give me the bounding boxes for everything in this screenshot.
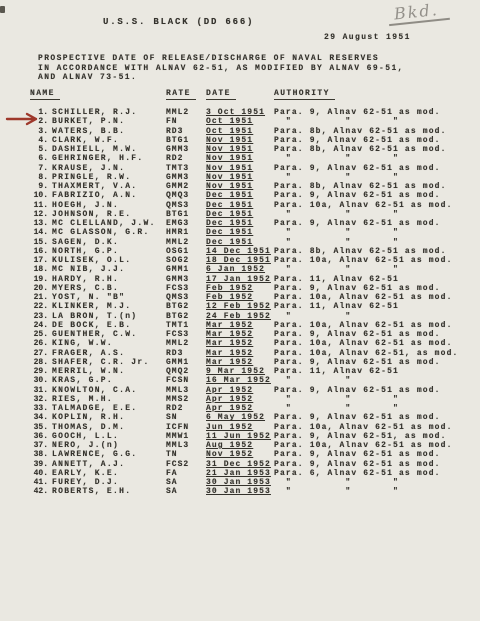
table-row: 39.ANNETT, A.J.FCS231 Dec 1952Para. 9, A… [30, 460, 466, 469]
row-name: NERO, J.(n) [52, 441, 166, 450]
row-number: 29. [30, 367, 52, 376]
row-date: 17 Jan 1952 [206, 275, 274, 284]
row-date: Dec 1951 [206, 191, 274, 200]
row-date: Mar 1952 [206, 330, 274, 339]
row-number: 15. [30, 238, 52, 247]
row-number: 37. [30, 441, 52, 450]
row-date: Nov 1951 [206, 182, 274, 191]
row-authority: Para. 9, Alnav 62-51 as mod. [274, 164, 466, 173]
table-row: 41.FUREY, D.J.SA30 Jan 1953 " " " [30, 478, 466, 487]
row-name: DASHIELL, M.W. [52, 145, 166, 154]
row-authority: " " [274, 312, 466, 321]
row-number: 25. [30, 330, 52, 339]
row-name: ROBERTS, E.H. [52, 487, 166, 496]
row-authority: Para. 10a, Alnav 62-51 as mod. [274, 321, 466, 330]
row-date: Dec 1951 [206, 201, 274, 210]
row-name: DE BOCK, E.B. [52, 321, 166, 330]
table-row: 24.DE BOCK, E.B.TMT1Mar 1952Para. 10a, A… [30, 321, 466, 330]
subject-line-3: AND ALNAV 73-51. [38, 73, 404, 83]
row-name: MERRIL, W.N. [52, 367, 166, 376]
row-authority: Para. 9, Alnav 62-51 as mod. [274, 358, 466, 367]
row-name: MYERS, C.B. [52, 284, 166, 293]
row-name: KRAUSE, J.N. [52, 164, 166, 173]
table-row: 20.MYERS, C.B.FCS3Feb 1952Para. 9, Alnav… [30, 284, 466, 293]
row-number: 18. [30, 265, 52, 274]
row-rate: MML3 [166, 386, 206, 395]
row-name: PRINGLE, R.W. [52, 173, 166, 182]
row-authority: Para. 9, Alnav 62-51 as mod. [274, 136, 466, 145]
table-row: 26.KING, W.W.MML2Mar 1952Para. 10a, Alna… [30, 339, 466, 348]
row-name: SHAFER, C.R. Jr. [52, 358, 166, 367]
row-date: Dec 1951 [206, 238, 274, 247]
row-name: FUREY, D.J. [52, 478, 166, 487]
row-rate: RD3 [166, 127, 206, 136]
row-authority: Para. 10a, Alnav 62-51 as mod. [274, 201, 466, 210]
row-authority: Para. 10a, Alnav 62-51, as mod. [274, 349, 466, 358]
row-name: ANNETT, A.J. [52, 460, 166, 469]
subject-line-1: PROSPECTIVE DATE OF RELEASE/DISCHARGE OF… [38, 54, 404, 64]
row-name: YOST, N. "B" [52, 293, 166, 302]
row-authority: " " " [274, 478, 466, 487]
row-number: 5. [30, 145, 52, 154]
table-row: 9.THAXMERT, V.A.GMM2Nov 1951Para. 8b, Al… [30, 182, 466, 191]
row-name: THOMAS, D.M. [52, 423, 166, 432]
row-name: MC NIB, J.J. [52, 265, 166, 274]
row-rate: RD2 [166, 404, 206, 413]
row-authority: Para. 10a, Alnav 62-51 as mod. [274, 293, 466, 302]
row-rate: GMM1 [166, 358, 206, 367]
row-authority: " " " [274, 404, 466, 413]
row-name: JOHNSON, R.E. [52, 210, 166, 219]
table-row: 37.NERO, J.(n)MML3Aug 1952Para. 10a, Aln… [30, 441, 466, 450]
row-rate: MMW1 [166, 432, 206, 441]
table-row: 22.KLINKER, M.J.BTG212 Feb 1952Para. 11,… [30, 302, 466, 311]
row-authority: " " " [274, 154, 466, 163]
row-number: 19. [30, 275, 52, 284]
row-rate: GMM2 [166, 182, 206, 191]
row-number: 32. [30, 395, 52, 404]
row-rate: GMM3 [166, 145, 206, 154]
table-row: 15.SAGEN, D.K.MML2Dec 1951 " " " [30, 238, 466, 247]
column-header-date: DATE [206, 89, 236, 100]
table-row: 19.HARDY, R.H.GMM317 Jan 1952Para. 11, A… [30, 275, 466, 284]
row-rate: BTG1 [166, 210, 206, 219]
row-number: 33. [30, 404, 52, 413]
row-rate: BTG2 [166, 302, 206, 311]
row-authority: " " " [274, 210, 466, 219]
row-number: 27. [30, 349, 52, 358]
row-rate: FCSN [166, 376, 206, 385]
row-number: 34. [30, 413, 52, 422]
roster-table-body: 1.SCHILLER, R.J.MML23 Oct 1951Para. 9, A… [30, 108, 466, 497]
row-authority: Para. 9, Alnav 62-51, as mod. [274, 432, 466, 441]
table-row: 4.CLARK, W.F.BTG1Nov 1951Para. 9, Alnav … [30, 136, 466, 145]
row-authority: Para. 9, Alnav 62-51 as mod. [274, 460, 466, 469]
document-title: U.S.S. BLACK (DD 666) [103, 17, 254, 27]
row-authority: Para. 10a, Alnav 62-51 as mod. [274, 423, 466, 432]
table-row: 16.NORTH, G.P.OSG114 Dec 1951Para. 8b, A… [30, 247, 466, 256]
table-row: 18.MC NIB, J.J.GMM16 Jan 1952 " " " [30, 265, 466, 274]
table-row: 21.YOST, N. "B"QMS3Feb 1952Para. 10a, Al… [30, 293, 466, 302]
table-row: 6.GEHRINGER, H.F.RD2Nov 1951 " " " [30, 154, 466, 163]
row-rate: GMM1 [166, 265, 206, 274]
row-number: 21. [30, 293, 52, 302]
row-rate: TN [166, 450, 206, 459]
row-number: 42. [30, 487, 52, 496]
row-date: Mar 1952 [206, 349, 274, 358]
row-date: Dec 1951 [206, 228, 274, 237]
table-row: 30.KRAS, G.P.FCSN16 Mar 1952 " " [30, 376, 466, 385]
row-authority: Para. 8b, Alnav 62-51 as mod. [274, 127, 466, 136]
row-date: Dec 1951 [206, 210, 274, 219]
row-rate: MML2 [166, 339, 206, 348]
table-row: 3.WATERS, B.B.RD3Oct 1951Para. 8b, Alnav… [30, 127, 466, 136]
row-authority: Para. 10a, Alnav 62-51 as mod. [274, 339, 466, 348]
column-header-authority: AUTHORITY [274, 89, 335, 100]
row-number: 35. [30, 423, 52, 432]
row-rate: GMM3 [166, 173, 206, 182]
row-rate: QMQ2 [166, 367, 206, 376]
scan-artifact-speck [0, 6, 5, 13]
row-name: GUENTHER, C.W. [52, 330, 166, 339]
row-authority: Para. 11, Alnav 62-51 [274, 302, 466, 311]
row-number: 20. [30, 284, 52, 293]
row-date: Feb 1952 [206, 284, 274, 293]
subject-paragraph: PROSPECTIVE DATE OF RELEASE/DISCHARGE OF… [38, 54, 404, 83]
row-date: 3 Oct 1951 [206, 108, 274, 117]
row-rate: FCS2 [166, 460, 206, 469]
row-authority: Para. 8b, Alnav 62-51 as mod. [274, 145, 466, 154]
row-authority: Para. 9, Alnav 62-51 as mod. [274, 108, 466, 117]
table-row: 11.HOEGH, J.N.QMS3Dec 1951Para. 10a, Aln… [30, 201, 466, 210]
row-authority: " " " [274, 265, 466, 274]
row-authority: Para. 8b, Alnav 62-51 as mod. [274, 247, 466, 256]
row-date: Oct 1951 [206, 117, 274, 126]
table-row: 29.MERRIL, W.N.QMQ29 Mar 1952Para. 11, A… [30, 367, 466, 376]
table-row: 7.KRAUSE, J.N.TMT3Nov 1951Para. 9, Alnav… [30, 164, 466, 173]
subject-line-2: IN ACCORDANCE WITH ALNAV 62-51, AS MODIF… [38, 64, 404, 74]
row-date: Nov 1951 [206, 173, 274, 182]
row-rate: SOG2 [166, 256, 206, 265]
row-date: 9 Mar 1952 [206, 367, 274, 376]
row-authority: " " " [274, 228, 466, 237]
row-date: Dec 1951 [206, 219, 274, 228]
row-name: FABRIZIO, A.N. [52, 191, 166, 200]
row-number: 12. [30, 210, 52, 219]
row-authority: Para. 9, Alnav 62-51 as mod. [274, 413, 466, 422]
row-date: Nov 1951 [206, 154, 274, 163]
row-date: Nov 1951 [206, 136, 274, 145]
row-rate: SA [166, 487, 206, 496]
row-name: WATERS, B.B. [52, 127, 166, 136]
row-name: MC GLASSON, G.R. [52, 228, 166, 237]
row-name: EARLY, K.E. [52, 469, 166, 478]
scanned-document-page: Bkd. U.S.S. BLACK (DD 666) 29 August 195… [0, 0, 480, 621]
row-number: 14. [30, 228, 52, 237]
row-name: KLINKER, M.J. [52, 302, 166, 311]
row-authority: " " " [274, 173, 466, 182]
row-authority: " " " [274, 395, 466, 404]
row-rate: MMS2 [166, 395, 206, 404]
handwritten-pencil-annotation: Bkd. [387, 0, 450, 26]
row-name: SCHILLER, R.J. [52, 108, 166, 117]
row-number: 30. [30, 376, 52, 385]
row-date: Jun 1952 [206, 423, 274, 432]
row-date: 21 Jan 1953 [206, 469, 274, 478]
row-rate: FN [166, 117, 206, 126]
row-authority: " " [274, 376, 466, 385]
row-name: CLARK, W.F. [52, 136, 166, 145]
row-name: MC CLELLAND, J.W. [52, 219, 166, 228]
row-date: 6 May 1952 [206, 413, 274, 422]
row-authority: Para. 10a, Alnav 62-51 as mod. [274, 441, 466, 450]
row-rate: BTG2 [166, 312, 206, 321]
table-row: 33.TALMADGE, E.E.RD2Apr 1952 " " " [30, 404, 466, 413]
row-rate: QMS3 [166, 293, 206, 302]
row-authority: Para. 11, Alnav 62-51 [274, 275, 466, 284]
table-row: 35.THOMAS, D.M.ICFNJun 1952Para. 10a, Al… [30, 423, 466, 432]
row-rate: RD3 [166, 349, 206, 358]
row-name: LAWRENCE, G.G. [52, 450, 166, 459]
row-authority: Para. 11, Alnav 62-51 [274, 367, 466, 376]
row-rate: FCS3 [166, 284, 206, 293]
row-name: FRAGER, A.S. [52, 349, 166, 358]
row-date: 6 Jan 1952 [206, 265, 274, 274]
row-name: GEHRINGER, H.F. [52, 154, 166, 163]
row-rate: MML2 [166, 238, 206, 247]
row-number: 40. [30, 469, 52, 478]
row-name: KOPLIN, R.H. [52, 413, 166, 422]
row-number: 4. [30, 136, 52, 145]
column-header-rate: RATE [166, 89, 196, 100]
row-number: 24. [30, 321, 52, 330]
row-rate: TMT3 [166, 164, 206, 173]
table-header-row: NAME RATE DATE AUTHORITY [30, 89, 462, 100]
table-row: 5.DASHIELL, M.W.GMM3Nov 1951Para. 8b, Al… [30, 145, 466, 154]
row-rate: MML3 [166, 441, 206, 450]
table-row: 28.SHAFER, C.R. Jr.GMM1Mar 1952Para. 9, … [30, 358, 466, 367]
table-row: 14.MC GLASSON, G.R.HMR1Dec 1951 " " " [30, 228, 466, 237]
row-number: 31. [30, 386, 52, 395]
row-name: GOOCH, L.L. [52, 432, 166, 441]
row-name: KULISEK, O.L. [52, 256, 166, 265]
row-authority: " " " [274, 117, 466, 126]
table-row: 31.KNOWLTON, C.A.MML3Apr 1952Para. 9, Al… [30, 386, 466, 395]
row-date: Mar 1952 [206, 358, 274, 367]
row-authority: Para. 6, Alnav 62-51 as mod. [274, 469, 466, 478]
row-rate: QMS3 [166, 201, 206, 210]
row-number: 11. [30, 201, 52, 210]
row-date: Mar 1952 [206, 321, 274, 330]
row-date: 11 Jun 1952 [206, 432, 274, 441]
table-row: 38.LAWRENCE, G.G.TNNov 1952Para. 9, Alna… [30, 450, 466, 459]
row-date: Apr 1952 [206, 386, 274, 395]
row-authority: Para. 10a, Alnav 62-51 as mod. [274, 256, 466, 265]
row-number: 6. [30, 154, 52, 163]
row-rate: HMR1 [166, 228, 206, 237]
row-name: RIES, M.H. [52, 395, 166, 404]
row-date: Nov 1952 [206, 450, 274, 459]
row-date: Mar 1952 [206, 339, 274, 348]
row-number: 16. [30, 247, 52, 256]
row-number: 8. [30, 173, 52, 182]
row-number: 22. [30, 302, 52, 311]
row-authority: Para. 8b, Alnav 62-51 as mod. [274, 182, 466, 191]
table-row: 25.GUENTHER, C.W.FCS3Mar 1952Para. 9, Al… [30, 330, 466, 339]
row-rate: SA [166, 478, 206, 487]
row-date: 30 Jan 1953 [206, 478, 274, 487]
row-date: Feb 1952 [206, 293, 274, 302]
row-authority: Para. 9, Alnav 62-51 as mod. [274, 450, 466, 459]
table-row: 32.RIES, M.H.MMS2Apr 1952 " " " [30, 395, 466, 404]
row-authority: " " " [274, 238, 466, 247]
row-number: 17. [30, 256, 52, 265]
row-date: 31 Dec 1952 [206, 460, 274, 469]
row-name: HARDY, R.H. [52, 275, 166, 284]
row-date: 12 Feb 1952 [206, 302, 274, 311]
row-date: 18 Dec 1951 [206, 256, 274, 265]
row-date: 14 Dec 1951 [206, 247, 274, 256]
row-rate: EMG3 [166, 219, 206, 228]
row-number: 39. [30, 460, 52, 469]
row-rate: MML2 [166, 108, 206, 117]
row-name: KRAS, G.P. [52, 376, 166, 385]
row-number: 13. [30, 219, 52, 228]
row-rate: GMM3 [166, 275, 206, 284]
table-row: 34.KOPLIN, R.H.SN6 May 1952Para. 9, Alna… [30, 413, 466, 422]
table-row: 27.FRAGER, A.S.RD3Mar 1952Para. 10a, Aln… [30, 349, 466, 358]
row-name: HOEGH, J.N. [52, 201, 166, 210]
row-date: Oct 1951 [206, 127, 274, 136]
table-row: 36.GOOCH, L.L.MMW111 Jun 1952Para. 9, Al… [30, 432, 466, 441]
row-rate: BTG1 [166, 136, 206, 145]
row-number: 7. [30, 164, 52, 173]
row-rate: QMQ3 [166, 191, 206, 200]
row-number: 41. [30, 478, 52, 487]
row-date: 16 Mar 1952 [206, 376, 274, 385]
row-name: BURKET, P.N. [52, 117, 166, 126]
row-number: 10. [30, 191, 52, 200]
row-rate: FA [166, 469, 206, 478]
row-rate: RD2 [166, 154, 206, 163]
row-date: Nov 1951 [206, 164, 274, 173]
row-name: SAGEN, D.K. [52, 238, 166, 247]
row-authority: Para. 9, Alnav 62-51 as mod. [274, 219, 466, 228]
row-authority: " " " [274, 487, 466, 496]
table-row: 8.PRINGLE, R.W.GMM3Nov 1951 " " " [30, 173, 466, 182]
table-row: 12.JOHNSON, R.E.BTG1Dec 1951 " " " [30, 210, 466, 219]
row-rate: FCS3 [166, 330, 206, 339]
row-name: LA BRON, T.(n) [52, 312, 166, 321]
row-authority: Para. 9, Alnav 62-51 as mod. [274, 191, 466, 200]
row-rate: ICFN [166, 423, 206, 432]
table-row: 13.MC CLELLAND, J.W.EMG3Dec 1951Para. 9,… [30, 219, 466, 228]
table-row: 1.SCHILLER, R.J.MML23 Oct 1951Para. 9, A… [30, 108, 466, 117]
row-name: NORTH, G.P. [52, 247, 166, 256]
table-row: 2.BURKET, P.N.FNOct 1951 " " " [30, 117, 466, 126]
row-date: Aug 1952 [206, 441, 274, 450]
row-number: 38. [30, 450, 52, 459]
red-arrow-marker [5, 112, 45, 126]
row-authority: Para. 9, Alnav 62-51 as mod. [274, 386, 466, 395]
row-date: 24 Feb 1952 [206, 312, 274, 321]
row-number: 26. [30, 339, 52, 348]
row-date: Apr 1952 [206, 395, 274, 404]
row-rate: OSG1 [166, 247, 206, 256]
table-row: 23.LA BRON, T.(n)BTG224 Feb 1952 " " [30, 312, 466, 321]
row-name: THAXMERT, V.A. [52, 182, 166, 191]
row-number: 3. [30, 127, 52, 136]
row-number: 36. [30, 432, 52, 441]
row-number: 9. [30, 182, 52, 191]
table-row: 40.EARLY, K.E.FA21 Jan 1953Para. 6, Alna… [30, 469, 466, 478]
row-rate: SN [166, 413, 206, 422]
table-row: 17.KULISEK, O.L.SOG218 Dec 1951Para. 10a… [30, 256, 466, 265]
row-name: KNOWLTON, C.A. [52, 386, 166, 395]
row-number: 23. [30, 312, 52, 321]
row-rate: TMT1 [166, 321, 206, 330]
row-number: 28. [30, 358, 52, 367]
row-authority: Para. 9, Alnav 62-51 as mod. [274, 284, 466, 293]
row-name: TALMADGE, E.E. [52, 404, 166, 413]
row-authority: Para. 9, Alnav 62-51 as mod. [274, 330, 466, 339]
table-row: 10.FABRIZIO, A.N.QMQ3Dec 1951Para. 9, Al… [30, 191, 466, 200]
document-date: 29 August 1951 [324, 33, 411, 42]
row-date: Apr 1952 [206, 404, 274, 413]
row-date: Nov 1951 [206, 145, 274, 154]
row-name: KING, W.W. [52, 339, 166, 348]
column-header-name: NAME [30, 89, 60, 100]
table-row: 42.ROBERTS, E.H.SA30 Jan 1953 " " " [30, 487, 466, 496]
row-date: 30 Jan 1953 [206, 487, 274, 496]
